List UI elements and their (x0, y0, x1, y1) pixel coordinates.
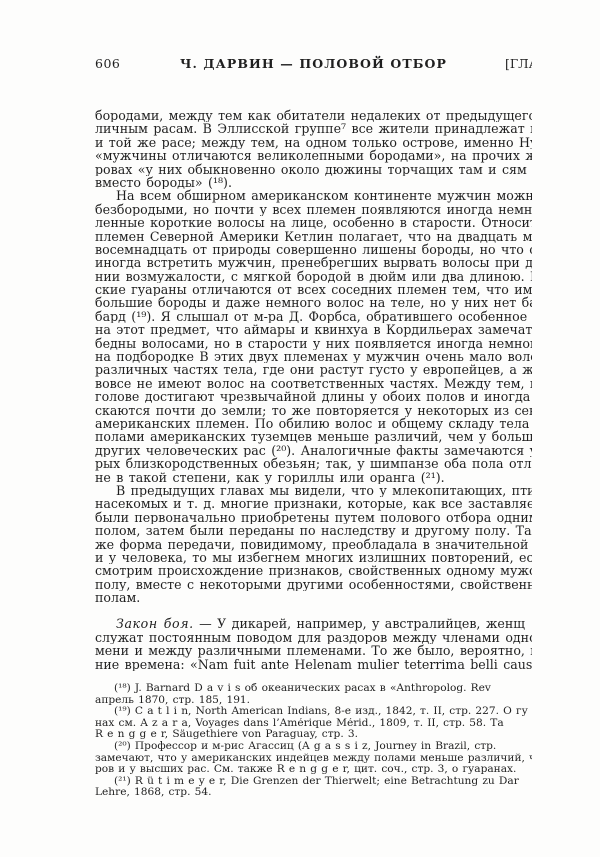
text-line: безбородыми, но почти у всех племен появ… (95, 203, 532, 216)
text-line: бедны волосами, но в старости у них появ… (95, 337, 532, 350)
text-column: бородами, между тем как обитатели недале… (95, 109, 532, 799)
text-line: же форма передачи, повидимому, преоблада… (95, 538, 532, 551)
text-line: В предыдущих главах мы видели, что у мле… (95, 484, 532, 497)
text-line: (²⁰) Профессор и м-рис Агассиц (A g a s … (95, 741, 532, 753)
text-line: (¹⁹) C a t l i n, North American Indians… (95, 706, 532, 718)
text-line: и той же расе; между тем, на одном тольк… (95, 136, 532, 149)
text-line: ров и у высших рас. См. также R e n g g … (95, 764, 532, 776)
text-line: вовсе не имеют волос на соответственных … (95, 377, 532, 390)
body-text: бородами, между тем как обитатели недале… (95, 109, 532, 604)
chapter-marker-wrap: [ГЛА (447, 57, 532, 71)
text-line: замечают, что у американских индейцев ме… (95, 753, 532, 765)
text-line: бородами, между тем как обитатели недале… (95, 109, 532, 122)
text-line: полами американских туземцев меньше разл… (95, 430, 532, 443)
text-line: служат постоянным поводом для раздоров м… (95, 631, 532, 644)
text-line: скаются почти до земли; то же повторяетс… (95, 404, 532, 417)
text-line: были первоначально приобретены путем пол… (95, 511, 532, 524)
text-line: рых близкородственных обезьян; так, у ши… (95, 457, 532, 470)
text-line: ровах «у них обыкновенно около дюжины то… (95, 163, 532, 176)
law-paragraph-lines: служат постоянным поводом для раздоров м… (95, 631, 532, 671)
text-line: полом, затем были переданы по наследству… (95, 524, 532, 537)
text-line: других человеческих рас (²⁰). Аналогичны… (95, 444, 532, 457)
text-line: R e n g g e r, Säugethiere von Paraguay,… (95, 729, 532, 741)
text-line: не в такой степени, как у гориллы или ор… (95, 471, 532, 484)
text-line: бард (¹⁹). Я слышал от м-ра Д. Форбса, о… (95, 310, 532, 323)
text-line: голове достигают чрезвычайной длины у об… (95, 390, 532, 403)
text-line: мени и между различными племенами. То же… (95, 644, 532, 657)
law-of-battle-heading: Закон боя. (116, 617, 194, 630)
text-line: ленные короткие волосы на лице, особенно… (95, 216, 532, 229)
text-line: различных частях тела, где они растут гу… (95, 363, 532, 376)
text-line: Закон боя. — У дикарей, например, у авст… (95, 617, 532, 630)
text-line: полам. (95, 591, 532, 604)
text-line: На всем обширном американском континенте… (95, 189, 532, 202)
text-line: (²¹) R ü t i m e y e r, Die Grenzen der … (95, 776, 532, 788)
text-line: на этот предмет, что аймары и квинхуа в … (95, 323, 532, 336)
text-line: нии возмужалости, с мягкой бородой в дюй… (95, 270, 532, 283)
chapter-marker: [ГЛА (505, 57, 532, 71)
text-line: вместо бороды» (¹⁸). (95, 176, 532, 189)
text-line: и у человека, то мы избегнем многих изли… (95, 551, 532, 564)
text-line: на подбородке В этих двух племенах у муж… (95, 350, 532, 363)
law-first-line-rest: — У дикарей, например, у австралийцев, ж… (194, 617, 525, 630)
text-line: восемнадцать от природы совершенно лишен… (95, 243, 532, 256)
text-line: личным расам. В Эллисской группе⁷ все жи… (95, 122, 532, 135)
text-line: американских племен. По обилию волос и о… (95, 417, 532, 430)
text-line: смотрим происхождение признаков, свойств… (95, 564, 532, 577)
text-line: полу, вместе с некоторыми другими особен… (95, 578, 532, 591)
text-line: племен Северной Америки Кетлин полагает,… (95, 230, 532, 243)
text-line: иногда встретить мужчин, пренебрегших вы… (95, 256, 532, 269)
page-header: 606 Ч. ДАРВИН — ПОЛОВОЙ ОТБОР [ГЛА (95, 57, 532, 71)
page-number: 606 (95, 57, 180, 71)
running-title: Ч. ДАРВИН — ПОЛОВОЙ ОТБОР (180, 57, 447, 71)
text-line: нах см. A z a r a, Voyages dans l’Amériq… (95, 718, 532, 730)
text-line: большие бороды и даже немного волос на т… (95, 296, 532, 309)
footnotes: (¹⁸) J. Barnard D a v i s об океанически… (95, 683, 532, 799)
text-line: насекомых и т. д. многие признаки, котор… (95, 497, 532, 510)
text-line: Lehre, 1868, стр. 54. (95, 787, 532, 799)
text-line: (¹⁸) J. Barnard D a v i s об океанически… (95, 683, 532, 695)
scanned-book-page: 606 Ч. ДАРВИН — ПОЛОВОЙ ОТБОР [ГЛА бород… (0, 0, 600, 857)
law-of-battle-paragraph: Закон боя. — У дикарей, например, у авст… (95, 617, 532, 671)
text-line: «мужчины отличаются великолепными борода… (95, 149, 532, 162)
text-line: ские гуараны отличаются от всех соседних… (95, 283, 532, 296)
text-line: апрель 1870, стр. 185, 191. (95, 695, 532, 707)
text-line: ние времена: «Nam fuit ante Helenam muli… (95, 658, 532, 671)
